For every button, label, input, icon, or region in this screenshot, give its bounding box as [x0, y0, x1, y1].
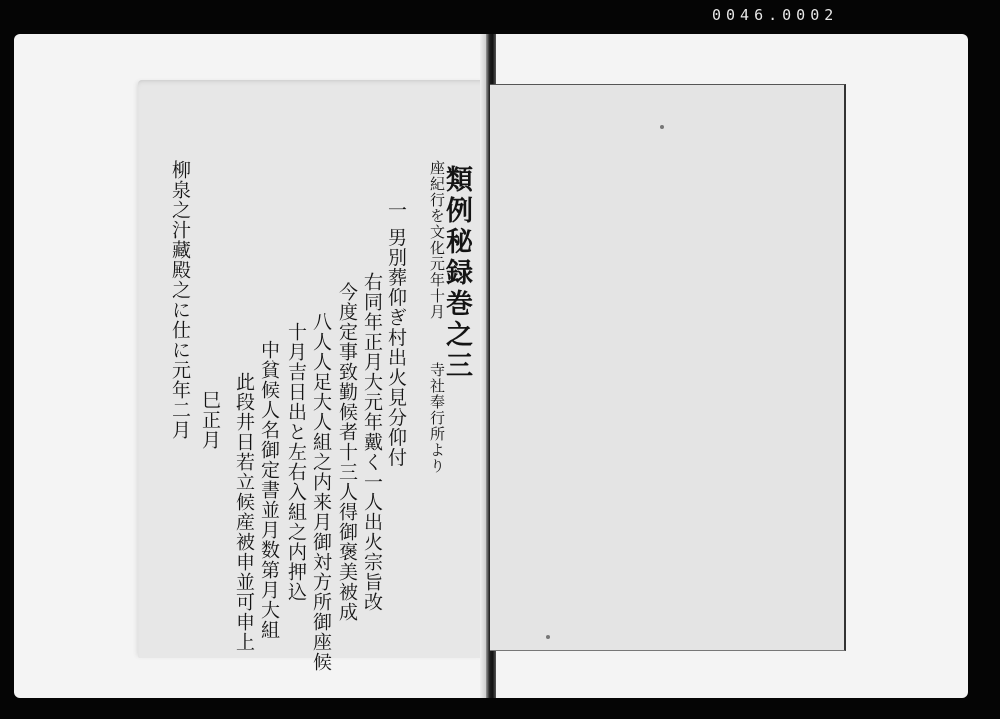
text-column: 巳正月 — [200, 390, 219, 450]
text-column: 右同年正月大元年戴く一人出火宗旨改 — [362, 272, 381, 612]
text-column: 座紀行を文化元年十月 — [429, 160, 444, 320]
right-page-blank — [490, 84, 846, 651]
document-title: 類例秘録巻之三 — [443, 165, 470, 382]
text-column: 八人人足大人組之内来月御対方所御座候 — [311, 312, 330, 672]
text-column: 中貧候人名御定書並月数第月大組 — [259, 340, 278, 640]
text-column: 今度定事致勤候者十三人得御褒美被成 — [337, 282, 356, 622]
text-column: 一 男別葬仰ぎ村出火見分仰付 — [386, 200, 405, 467]
text-column: 寺社奉行所より — [429, 362, 444, 474]
frame-number: 0046.0002 — [712, 6, 838, 24]
paper-spot — [546, 635, 550, 639]
text-column: 柳泉之汁藏殿之に仕に元年二月 — [170, 160, 189, 440]
paper-spot — [660, 125, 664, 129]
text-column: 此段井日若立候産被申並可申上 — [234, 372, 253, 652]
text-column: 十月吉日出と左右入組之内押込 — [286, 322, 305, 602]
